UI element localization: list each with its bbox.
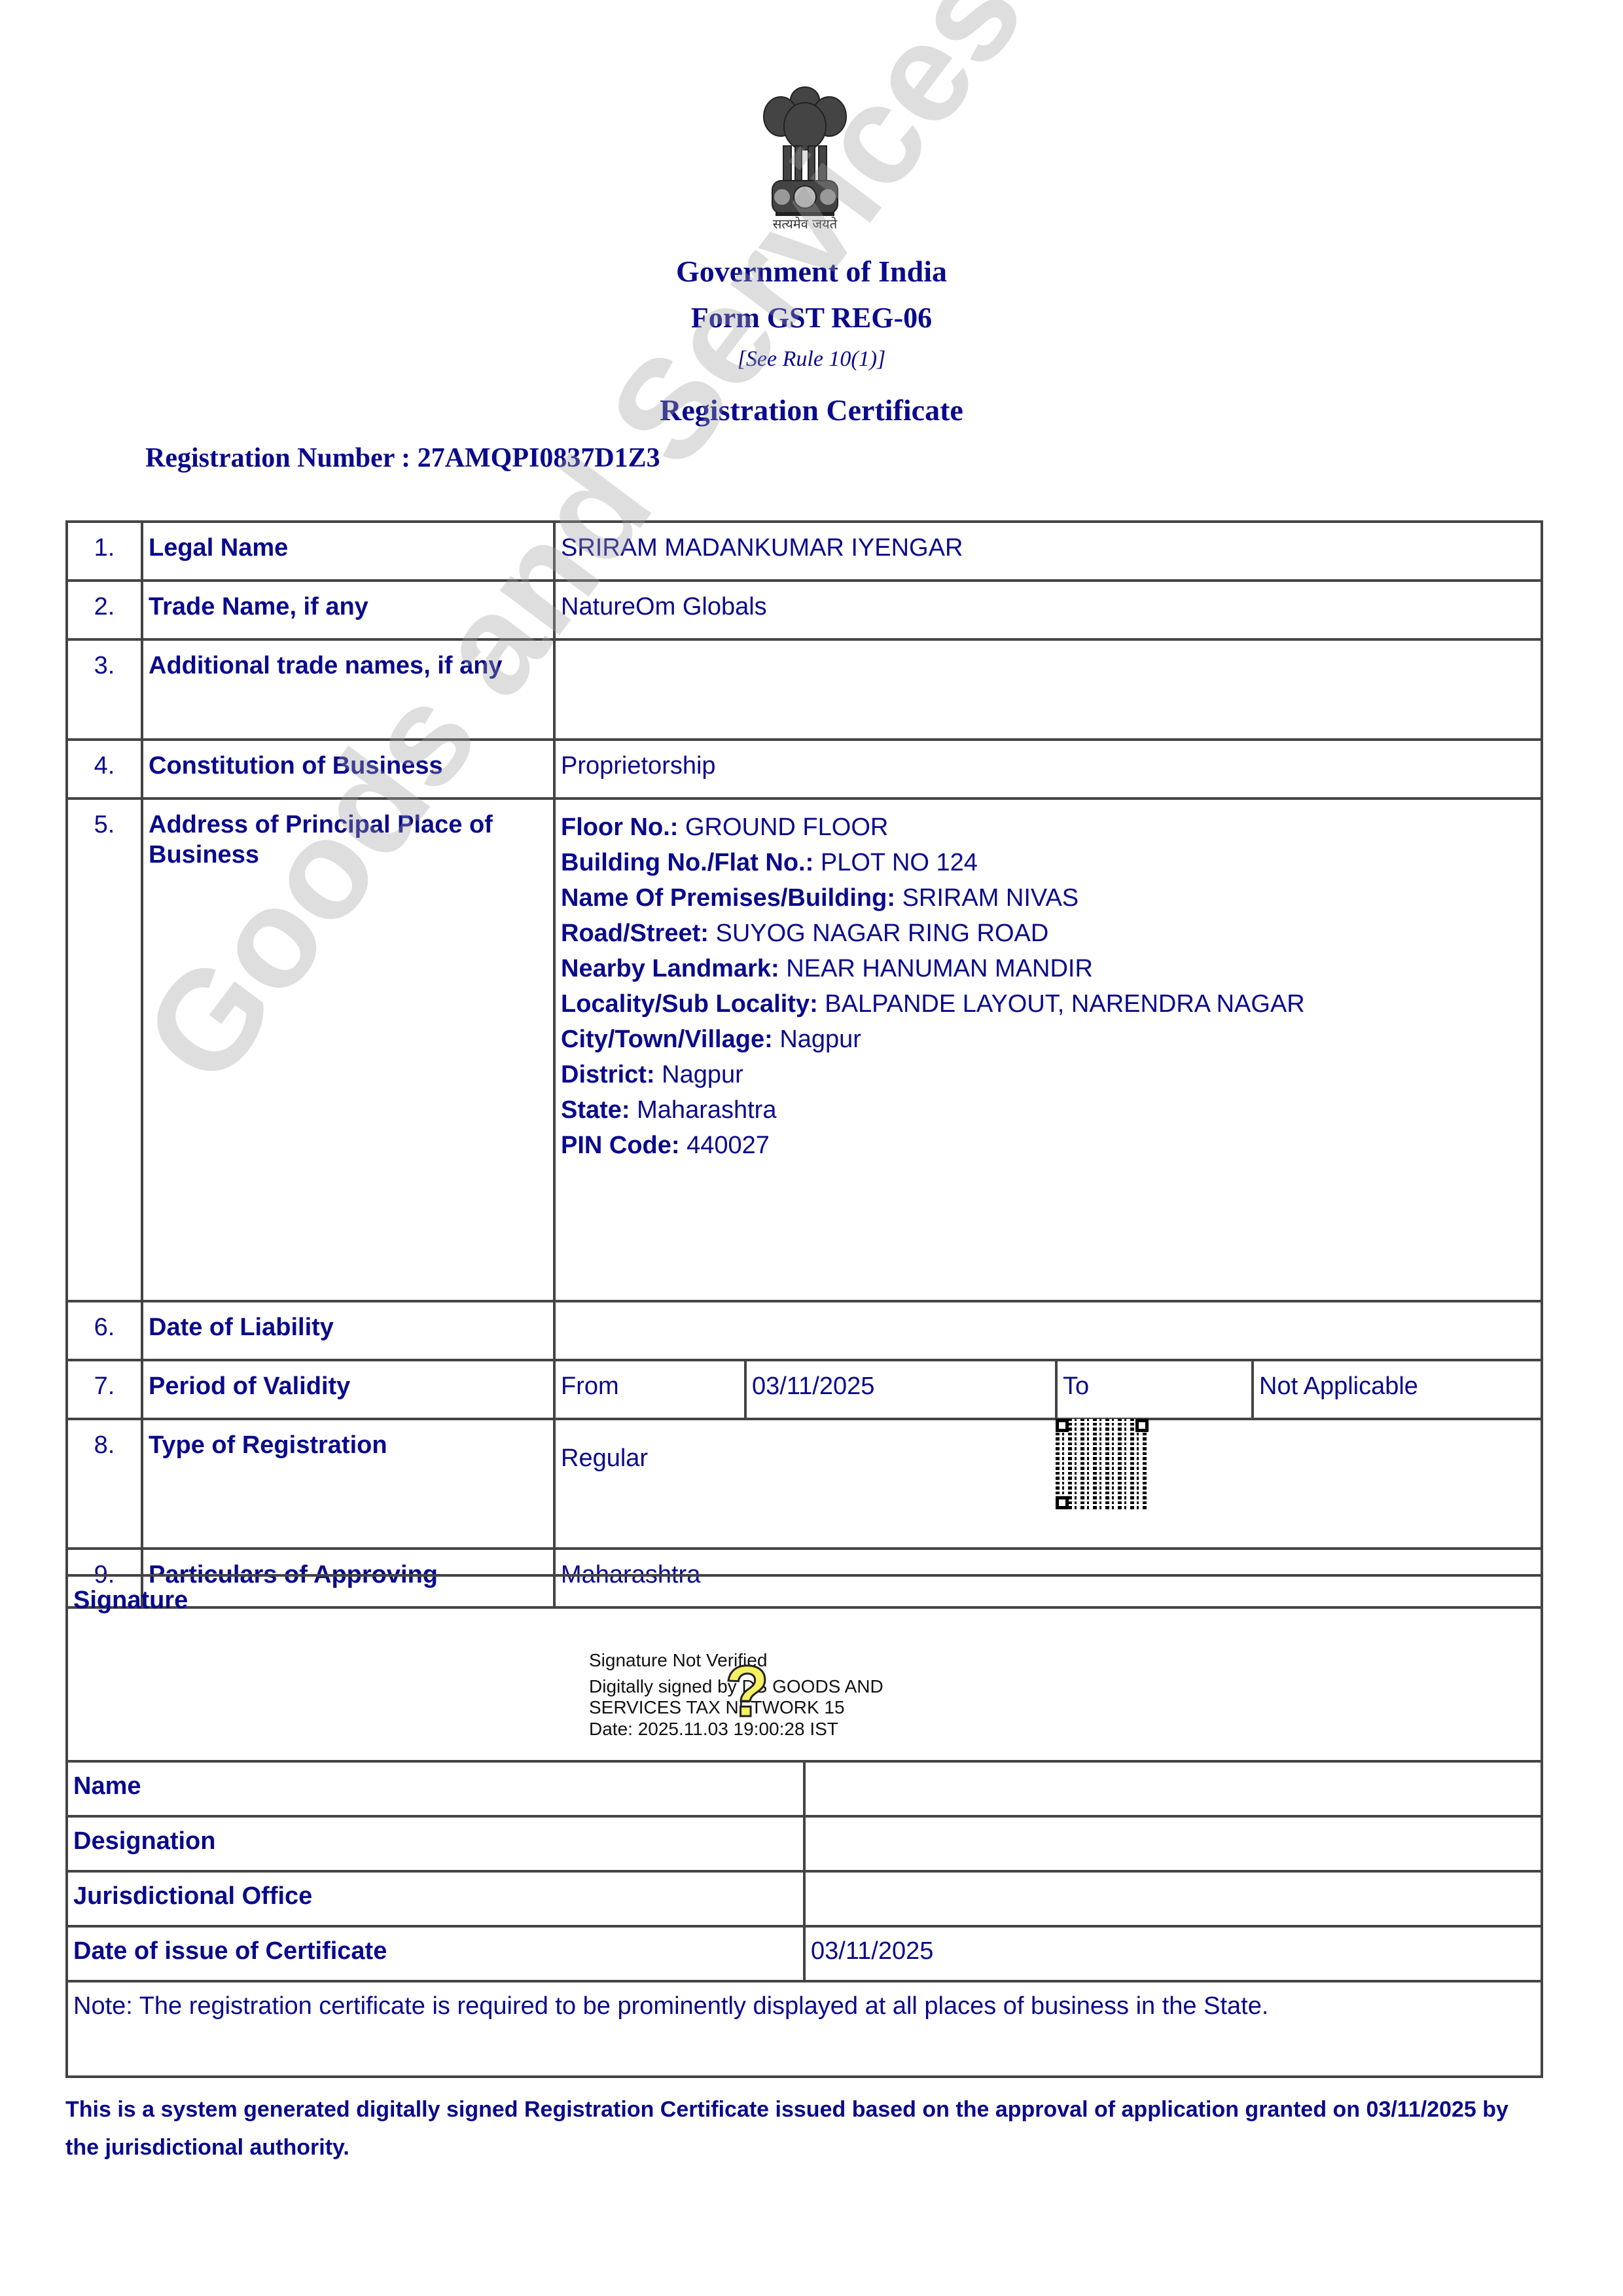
rule-reference: [See Rule 10(1)] [0,347,1623,372]
date-of-liability-value [554,1301,1542,1360]
qr-finder-pattern [1056,1419,1069,1432]
note-row: Note: The registration certificate is re… [67,1981,1542,2077]
table-row: Date of issue of Certificate 03/11/2025 [67,1926,1542,1981]
address-building: Building No./Flat No.: PLOT NO 124 [561,846,1535,881]
officer-name-label: Name [67,1761,804,1816]
issue-date-label: Date of issue of Certificate [67,1926,804,1981]
address-landmark: Nearby Landmark: NEAR HANUMAN MANDIR [561,952,1535,987]
table-row: Name [67,1761,1542,1816]
legal-name-value: SRIRAM MADANKUMAR IYENGAR [554,522,1542,581]
validity-from-label: From [556,1361,744,1418]
emblem-motto: सत्यमेव जयते [753,215,857,232]
address-district: District: Nagpur [561,1058,1535,1093]
display-note: Note: The registration certificate is re… [67,1981,1542,2077]
signature-cell: Signature Signature Not Verified Digital… [67,1575,1542,1761]
government-title: Government of India [0,254,1623,289]
table-row: 8. Type of Registration Regular [67,1419,1542,1549]
signature-label: Signature [73,1586,1535,1616]
row-label: Trade Name, if any [142,581,554,639]
issue-date-value: 03/11/2025 [804,1926,1542,1981]
address-city: City/Town/Village: Nagpur [561,1022,1535,1058]
jurisdictional-office-label: Jurisdictional Office [67,1871,804,1926]
jurisdictional-office-value [804,1871,1542,1926]
system-generated-footer: This is a system generated digitally sig… [65,2091,1544,2167]
address-floor: Floor No.: GROUND FLOOR [561,810,1535,846]
designation-value [804,1816,1542,1871]
address-value: Floor No.: GROUND FLOOR Building No./Fla… [554,798,1542,1301]
table-row: 3. Additional trade names, if any [67,639,1542,740]
address-road: Road/Street: SUYOG NAGAR RING ROAD [561,916,1535,952]
row-label: Date of Liability [142,1301,554,1360]
table-row: Jurisdictional Office [67,1871,1542,1926]
table-row: 6. Date of Liability [67,1301,1542,1360]
certificate-title: Registration Certificate [0,393,1623,427]
row-label: Address of Principal Place of Business [142,798,554,1301]
address-locality: Locality/Sub Locality: BALPANDE LAYOUT, … [561,987,1535,1022]
table-row: 1. Legal Name SRIRAM MADANKUMAR IYENGAR [67,522,1542,581]
certificate-details-table: 1. Legal Name SRIRAM MADANKUMAR IYENGAR … [65,520,1543,1609]
row-label: Constitution of Business [142,740,554,798]
officer-name-value [804,1761,1542,1816]
designation-label: Designation [67,1816,804,1871]
signature-table: Signature Signature Not Verified Digital… [65,1574,1543,2078]
validity-period: From 03/11/2025 To Not Applicable [554,1360,1542,1419]
table-row: 4. Constitution of Business Proprietorsh… [67,740,1542,798]
table-row: 5. Address of Principal Place of Busines… [67,798,1542,1301]
row-number: 4. [67,740,142,798]
validity-from-value: 03/11/2025 [744,1361,1055,1418]
row-label: Legal Name [142,522,554,581]
row-number: 8. [67,1419,142,1549]
qr-finder-pattern [1056,1496,1069,1509]
address-premises: Name Of Premises/Building: SRIRAM NIVAS [561,881,1535,916]
row-label: Type of Registration [142,1419,554,1549]
row-number: 7. [67,1360,142,1419]
validity-to-value: Not Applicable [1251,1361,1541,1418]
table-row: 7. Period of Validity From 03/11/2025 To… [67,1360,1542,1419]
signature-row: Signature Signature Not Verified Digital… [67,1575,1542,1761]
trade-name-value: NatureOm Globals [554,581,1542,639]
question-mark-icon: ? [725,1656,769,1728]
row-number: 1. [67,522,142,581]
additional-trade-names-value [554,639,1542,740]
registration-number-value: 27AMQPI0837D1Z3 [418,443,660,473]
row-label: Period of Validity [142,1360,554,1419]
registration-number: Registration Number : 27AMQPI0837D1Z3 [145,442,660,474]
row-number: 3. [67,639,142,740]
row-number: 2. [67,581,142,639]
row-label: Additional trade names, if any [142,639,554,740]
registration-type-value: Regular [554,1419,1542,1549]
registration-number-label: Registration Number : [145,443,410,473]
form-title: Form GST REG-06 [0,301,1623,334]
table-row: 2. Trade Name, if any NatureOm Globals [67,581,1542,639]
row-number: 5. [67,798,142,1301]
qr-finder-pattern [1135,1419,1149,1432]
address-state: State: Maharashtra [561,1093,1535,1128]
constitution-value: Proprietorship [554,740,1542,798]
validity-to-label: To [1055,1361,1251,1418]
row-number: 6. [67,1301,142,1360]
qr-code-icon [1056,1419,1149,1509]
table-row: Designation [67,1816,1542,1871]
address-pin: PIN Code: 440027 [561,1128,1535,1164]
